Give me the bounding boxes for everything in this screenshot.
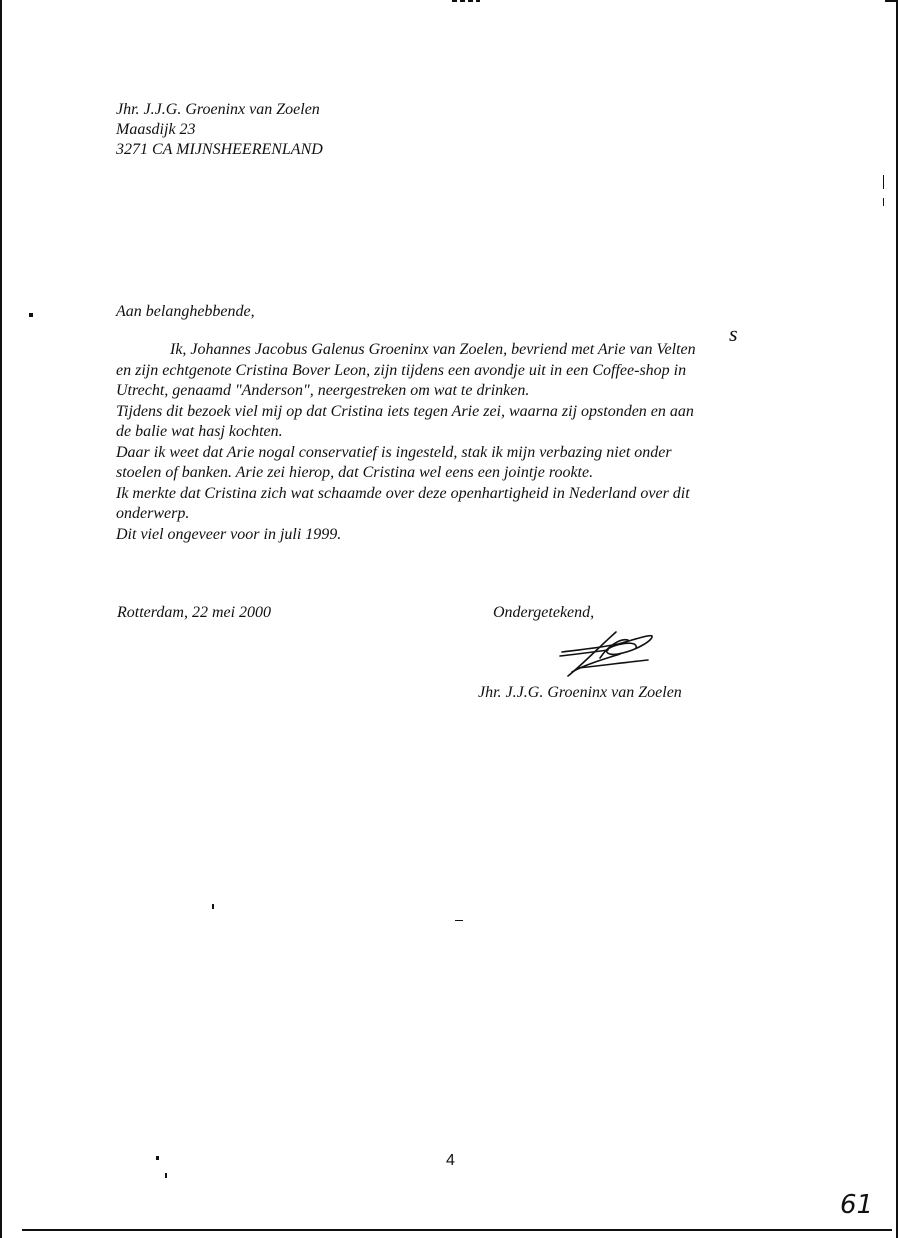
scan-speck <box>29 313 33 317</box>
body-line: Tijdens dit bezoek viel mij op dat Crist… <box>116 402 696 423</box>
scan-artifact-tick <box>883 198 884 206</box>
place-and-date: Rotterdam, 22 mei 2000 <box>117 603 271 623</box>
body-line: onderwerp. <box>116 504 696 525</box>
scan-artifact-tick <box>883 175 884 189</box>
body-line: de balie wat hasj kochten. <box>116 422 696 443</box>
sender-address-line: Jhr. J.J.G. Groeninx van Zoelen <box>116 100 323 120</box>
body-line: Ik, Johannes Jacobus Galenus Groeninx va… <box>116 340 696 361</box>
scanned-letter-page: Jhr. J.J.G. Groeninx van Zoelen Maasdijk… <box>0 0 900 1238</box>
body-line: Dit viel ongeveer voor in juli 1999. <box>116 525 696 546</box>
page-number: 4 <box>446 1152 455 1170</box>
handwritten-folio-number: 61 <box>840 1190 873 1220</box>
sender-address-line: 3271 CA MIJNSHEERENLAND <box>116 140 323 160</box>
scan-speck <box>455 920 463 921</box>
body-line: Daar ik weet dat Arie nogal conservatief… <box>116 443 696 464</box>
scan-artifact-top <box>452 0 480 2</box>
sender-address: Jhr. J.J.G. Groeninx van Zoelen Maasdijk… <box>116 100 323 160</box>
body-line: en zijn echtgenote Cristina Bover Leon, … <box>116 361 696 382</box>
closing: Ondergetekend, <box>493 603 594 623</box>
body-line: Utrecht, genaamd "Anderson", neergestrek… <box>116 381 696 402</box>
scan-border-right <box>896 0 898 1238</box>
body-line: Ik merkte dat Cristina zich wat schaamde… <box>116 484 696 505</box>
signer-name: Jhr. J.J.G. Groeninx van Zoelen <box>478 683 682 703</box>
scan-border-corner <box>885 0 897 2</box>
handwritten-correction: s <box>729 321 738 347</box>
scan-speck <box>165 1173 167 1178</box>
signature-icon <box>558 628 658 680</box>
salutation: Aan belanghebbende, <box>116 302 255 322</box>
sender-address-line: Maasdijk 23 <box>116 120 323 140</box>
bottom-rule <box>22 1229 892 1231</box>
scan-speck <box>212 904 214 909</box>
scan-speck <box>156 1156 159 1160</box>
letter-body: Ik, Johannes Jacobus Galenus Groeninx va… <box>116 340 696 545</box>
scan-border-left <box>0 0 2 1238</box>
body-line: stoelen of banken. Arie zei hierop, dat … <box>116 463 696 484</box>
